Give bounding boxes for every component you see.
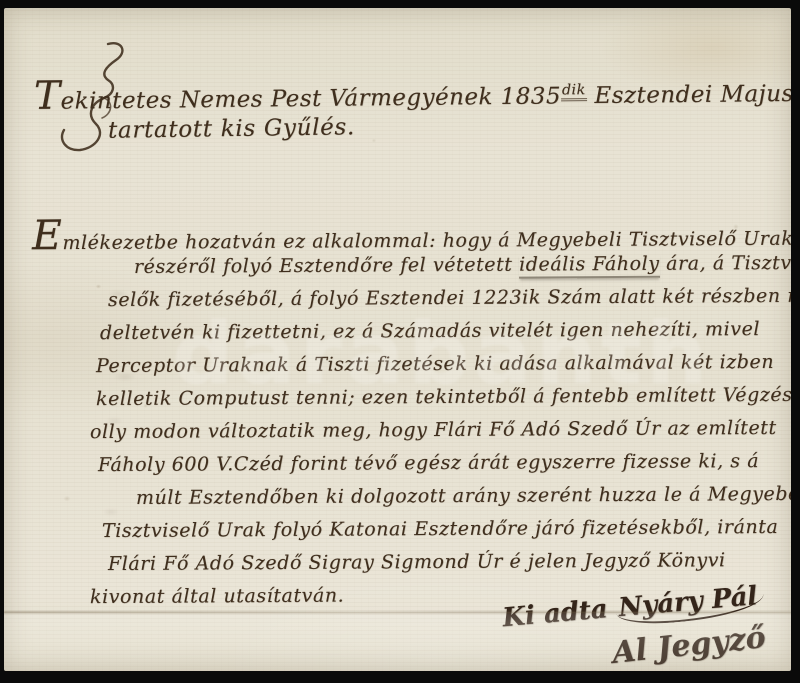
signature-title: Al Jegyző: [611, 620, 768, 671]
manuscript-line: deltetvén ki fizettetni, ez á Számadás v…: [100, 318, 776, 355]
ordinal-superscript: dik: [561, 82, 587, 101]
document-subtitle: tartatott kis Gyűlés.: [108, 114, 355, 143]
scanned-document-page: Tekintetes Nemes Pest Vármegyének 1835di…: [0, 0, 800, 683]
manuscript-line: Emlékezetbe hozatván ez alkalommal: hogy…: [32, 219, 776, 257]
manuscript-line: Tisztviselő Urak folyó Katonai Esztendőr…: [102, 516, 776, 553]
line2-text: részéről folyó Esztendőre fel vétetett: [134, 254, 519, 278]
document-title: Tekintetes Nemes Pest Vármegyének 1835di…: [34, 66, 779, 119]
title-text: Tekintetes Nemes Pest Vármegyének 1835: [34, 83, 561, 115]
manuscript-line: múlt Esztendőben ki dolgozott arány szer…: [136, 483, 776, 520]
manuscript-paper: Tekintetes Nemes Pest Vármegyének 1835di…: [4, 8, 791, 671]
manuscript-line: selők fizetéséből, á folyó Esztendei 122…: [108, 285, 776, 322]
manuscript-line: Fáholy 600 V.Czéd forint tévő egész árát…: [98, 450, 776, 487]
manuscript-line: Perceptor Uraknak á Tiszti fizetések ki …: [96, 351, 776, 388]
line2-text-end: ára, á Tisztvi-: [659, 252, 791, 275]
title-text-date: Esztendei Majus 16: [587, 81, 791, 110]
manuscript-line: olly modon változtatik meg, hogy Flári F…: [90, 417, 776, 454]
manuscript-line: kelletik Computust tenni; ezen tekintetb…: [96, 384, 776, 421]
manuscript-body: Emlékezetbe hozatván ez alkalommal: hogy…: [32, 221, 776, 617]
pencil-underlined-phrase: ideális Fáholy: [519, 253, 660, 279]
manuscript-line: részéről folyó Esztendőre fel vétetett i…: [134, 252, 776, 289]
manuscript-line: Flári Fő Adó Szedő Sigray Sigmond Úr é j…: [108, 549, 776, 586]
